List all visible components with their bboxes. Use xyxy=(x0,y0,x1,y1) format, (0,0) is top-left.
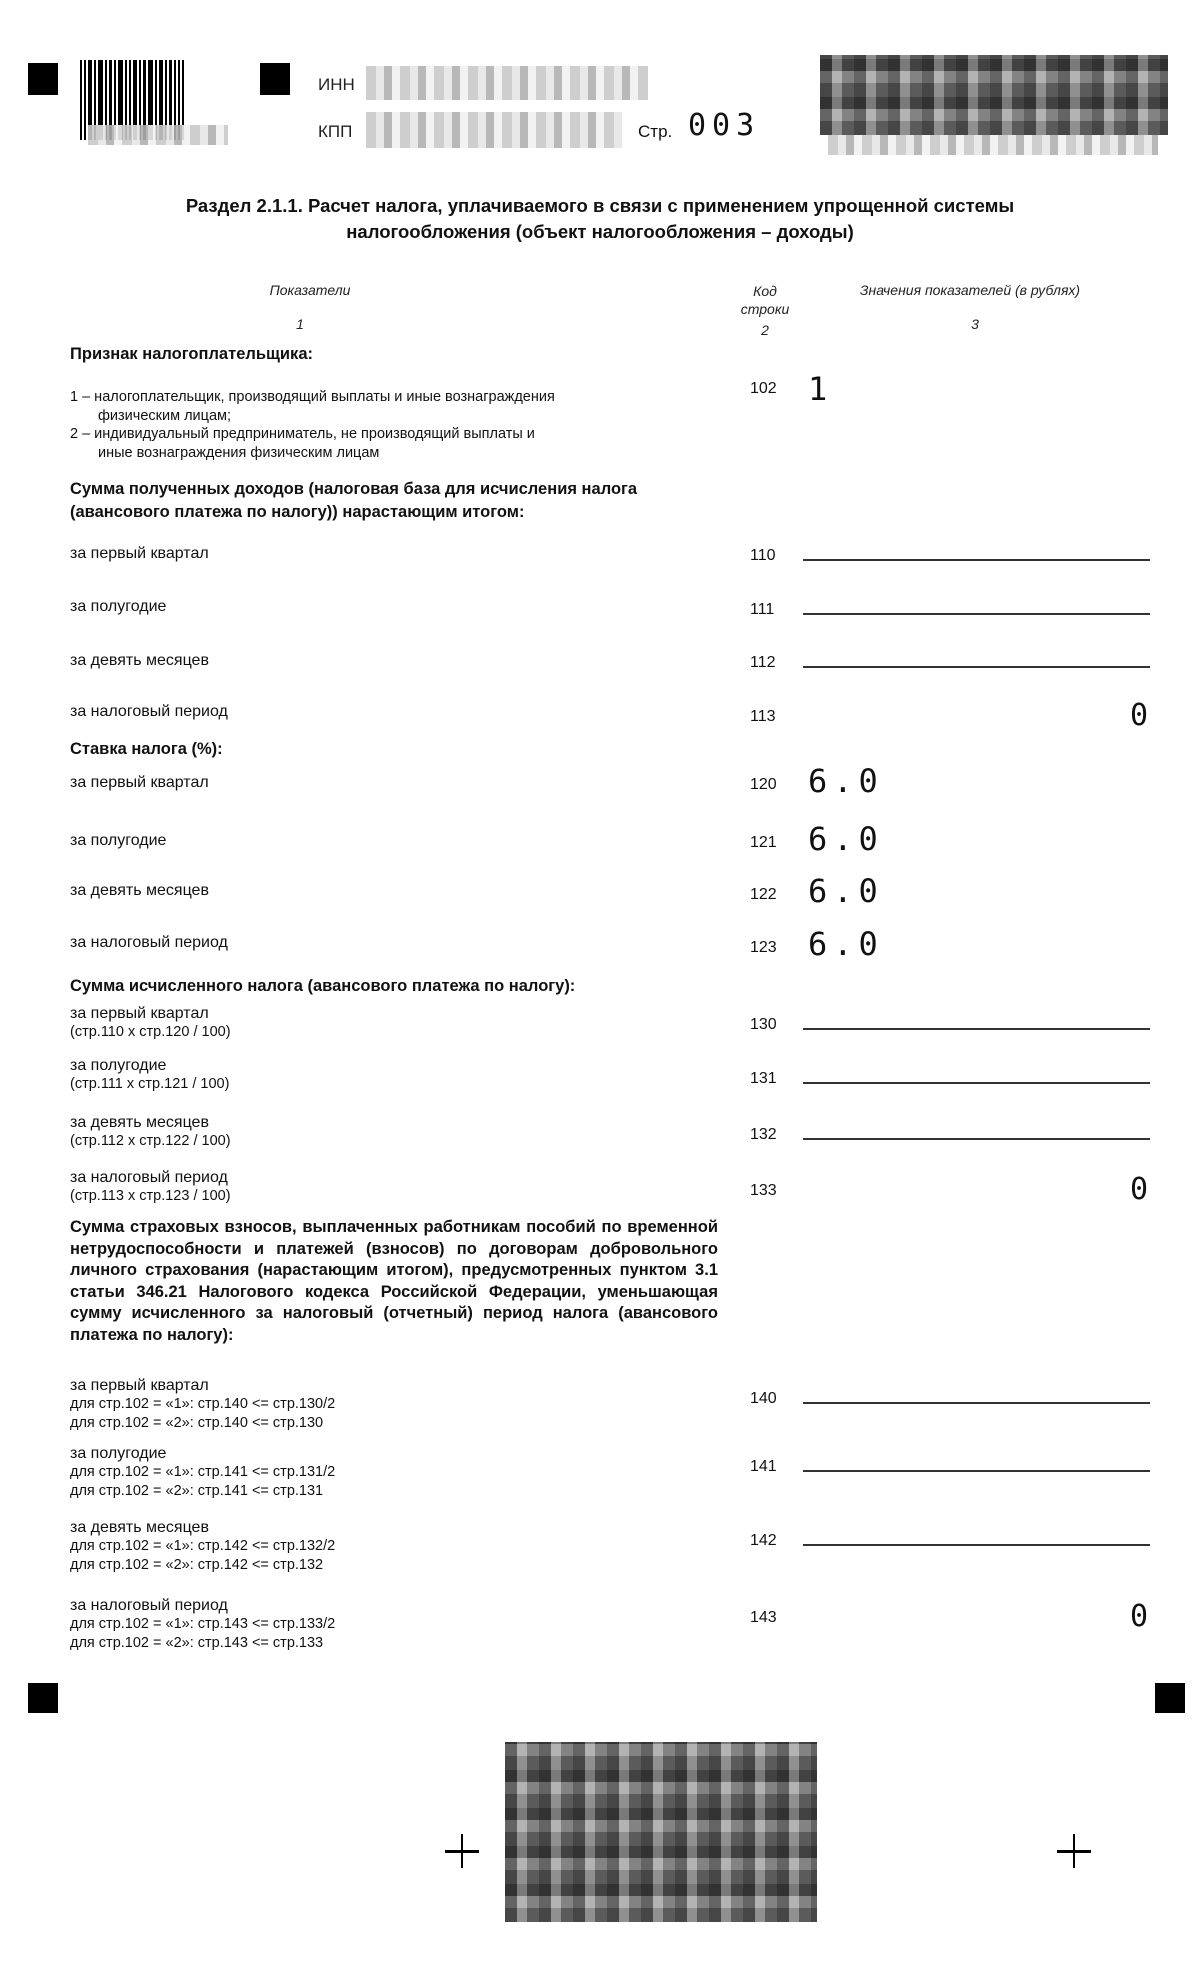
row-formula: (стр.111 х стр.121 / 100) xyxy=(70,1075,229,1094)
row-label-text: за первый квартал xyxy=(70,1377,209,1394)
row-label-143: за налоговый периоддля стр.102 = «1»: ст… xyxy=(70,1596,335,1653)
code-123: 123 xyxy=(750,939,777,957)
row-condition-1: для стр.102 = «1»: стр.140 <= стр.130/2 xyxy=(70,1395,335,1414)
row-label-text: за полугодие xyxy=(70,832,166,849)
value-field-113[interactable]: 0 xyxy=(1130,698,1148,733)
code-122: 122 xyxy=(750,886,777,904)
col-header-code-num: 2 xyxy=(755,322,775,338)
col-header-code: Код строки xyxy=(735,282,795,318)
row-label-140: за первый кварталдля стр.102 = «1»: стр.… xyxy=(70,1376,335,1433)
row-label-text: за налоговый период xyxy=(70,1169,228,1186)
row-label-120: за первый квартал xyxy=(70,773,209,792)
2d-barcode-top xyxy=(820,55,1168,135)
code-120: 120 xyxy=(750,776,777,794)
rate-heading: Ставка налога (%): xyxy=(70,738,223,761)
col-header-values: Значения показателей (в рублях) xyxy=(820,282,1120,298)
row-label-text: за полугодие xyxy=(70,1445,166,1462)
row-formula: (стр.112 х стр.122 / 100) xyxy=(70,1132,231,1151)
row-label-text: за полугодие xyxy=(70,1057,166,1074)
row-label-113: за налоговый период xyxy=(70,702,228,721)
code-131: 131 xyxy=(750,1070,777,1088)
row-label-text: за полугодие xyxy=(70,598,166,615)
row-condition-2: для стр.102 = «2»: стр.142 <= стр.132 xyxy=(70,1556,335,1575)
code-121: 121 xyxy=(750,834,777,852)
row-label-text: за девять месяцев xyxy=(70,1519,209,1536)
code-112: 112 xyxy=(750,654,776,672)
insurance-heading: Сумма страховых взносов, выплаченных раб… xyxy=(70,1217,718,1346)
alignment-marker-top-mid xyxy=(260,63,290,95)
page-label: Стр. xyxy=(638,122,672,142)
row-condition-1: для стр.102 = «1»: стр.143 <= стр.133/2 xyxy=(70,1615,335,1634)
row-label-text: за первый квартал xyxy=(70,1005,209,1022)
page-number: 003 xyxy=(688,108,760,143)
row-label-112: за девять месяцев xyxy=(70,651,209,670)
row-formula: (стр.113 х стр.123 / 100) xyxy=(70,1187,231,1206)
row-label-text: за первый квартал xyxy=(70,774,209,791)
income-heading: Сумма полученных доходов (налоговая база… xyxy=(70,478,637,524)
value-field-132[interactable] xyxy=(803,1138,1150,1140)
row-label-141: за полугодиедля стр.102 = «1»: стр.141 <… xyxy=(70,1444,335,1501)
registration-cross-right xyxy=(1057,1834,1091,1868)
row-condition-2: для стр.102 = «2»: стр.141 <= стр.131 xyxy=(70,1482,335,1501)
alignment-marker-bottom-left xyxy=(28,1683,58,1713)
2d-barcode-bottom xyxy=(505,1742,817,1922)
code-133: 133 xyxy=(750,1182,777,1200)
kpp-value-redacted xyxy=(366,112,622,148)
row-label-130: за первый квартал(стр.110 х стр.120 / 10… xyxy=(70,1004,231,1042)
col-header-values-num: 3 xyxy=(965,316,985,332)
row-label-133: за налоговый период(стр.113 х стр.123 / … xyxy=(70,1168,231,1206)
value-field-143[interactable]: 0 xyxy=(1130,1599,1148,1634)
section-title: Раздел 2.1.1. Расчет налога, уплачиваемо… xyxy=(100,193,1100,245)
row-label-text: за девять месяцев xyxy=(70,882,209,899)
barcode-number-redacted xyxy=(88,125,228,145)
row-label-132: за девять месяцев(стр.112 х стр.122 / 10… xyxy=(70,1113,231,1151)
row-label-123: за налоговый период xyxy=(70,933,228,952)
code-142: 142 xyxy=(750,1532,777,1550)
col-header-indicators-num: 1 xyxy=(290,316,310,332)
value-102[interactable]: 1 xyxy=(808,370,833,408)
code-140: 140 xyxy=(750,1390,777,1408)
alignment-marker-top-left xyxy=(28,63,58,95)
kpp-label: КПП xyxy=(318,122,352,142)
value-field-133[interactable]: 0 xyxy=(1130,1172,1148,1207)
code-141: 141 xyxy=(750,1458,777,1476)
code-143: 143 xyxy=(750,1609,777,1627)
alignment-marker-bottom-right xyxy=(1155,1683,1185,1713)
col-header-indicators: Показатели xyxy=(210,282,410,298)
taxpayer-sign-options: 1 – налогоплательщик, производящий выпла… xyxy=(70,388,555,462)
code-130: 130 xyxy=(750,1016,777,1034)
row-label-111: за полугодие xyxy=(70,597,166,616)
registration-cross-left xyxy=(445,1834,479,1868)
inn-label: ИНН xyxy=(318,75,355,95)
row-condition-2: для стр.102 = «2»: стр.143 <= стр.133 xyxy=(70,1634,335,1653)
row-label-text: за налоговый период xyxy=(70,703,228,720)
value-field-141[interactable] xyxy=(803,1470,1150,1472)
value-field-110[interactable] xyxy=(803,559,1150,561)
code-113: 113 xyxy=(750,708,776,726)
row-condition-1: для стр.102 = «1»: стр.142 <= стр.132/2 xyxy=(70,1537,335,1556)
row-condition-2: для стр.102 = «2»: стр.140 <= стр.130 xyxy=(70,1414,335,1433)
row-label-text: за девять месяцев xyxy=(70,1114,209,1131)
row-label-text: за налоговый период xyxy=(70,934,228,951)
value-field-120[interactable]: 6.0 xyxy=(808,762,884,800)
row-formula: (стр.110 х стр.120 / 100) xyxy=(70,1023,231,1042)
row-condition-1: для стр.102 = «1»: стр.141 <= стр.131/2 xyxy=(70,1463,335,1482)
inn-value-redacted xyxy=(366,66,648,100)
value-field-112[interactable] xyxy=(803,666,1150,668)
value-field-130[interactable] xyxy=(803,1028,1150,1030)
2d-barcode-caption-redacted xyxy=(828,135,1158,155)
taxpayer-sign-heading: Признак налогоплательщика: xyxy=(70,343,313,366)
row-label-121: за полугодие xyxy=(70,831,166,850)
row-label-text: за налоговый период xyxy=(70,1597,228,1614)
value-field-131[interactable] xyxy=(803,1082,1150,1084)
code-110: 110 xyxy=(750,547,776,565)
value-field-111[interactable] xyxy=(803,613,1150,615)
row-label-131: за полугодие(стр.111 х стр.121 / 100) xyxy=(70,1056,229,1094)
code-132: 132 xyxy=(750,1126,777,1144)
value-field-142[interactable] xyxy=(803,1544,1150,1546)
value-field-122[interactable]: 6.0 xyxy=(808,872,884,910)
code-102: 102 xyxy=(750,380,777,398)
value-field-121[interactable]: 6.0 xyxy=(808,820,884,858)
row-label-122: за девять месяцев xyxy=(70,881,209,900)
row-label-text: за первый квартал xyxy=(70,545,209,562)
row-label-110: за первый квартал xyxy=(70,544,209,563)
code-111: 111 xyxy=(750,601,774,619)
value-field-140[interactable] xyxy=(803,1402,1150,1404)
value-field-123[interactable]: 6.0 xyxy=(808,925,884,963)
row-label-142: за девять месяцевдля стр.102 = «1»: стр.… xyxy=(70,1518,335,1575)
row-label-text: за девять месяцев xyxy=(70,652,209,669)
calculated-tax-heading: Сумма исчисленного налога (авансового пл… xyxy=(70,975,575,998)
